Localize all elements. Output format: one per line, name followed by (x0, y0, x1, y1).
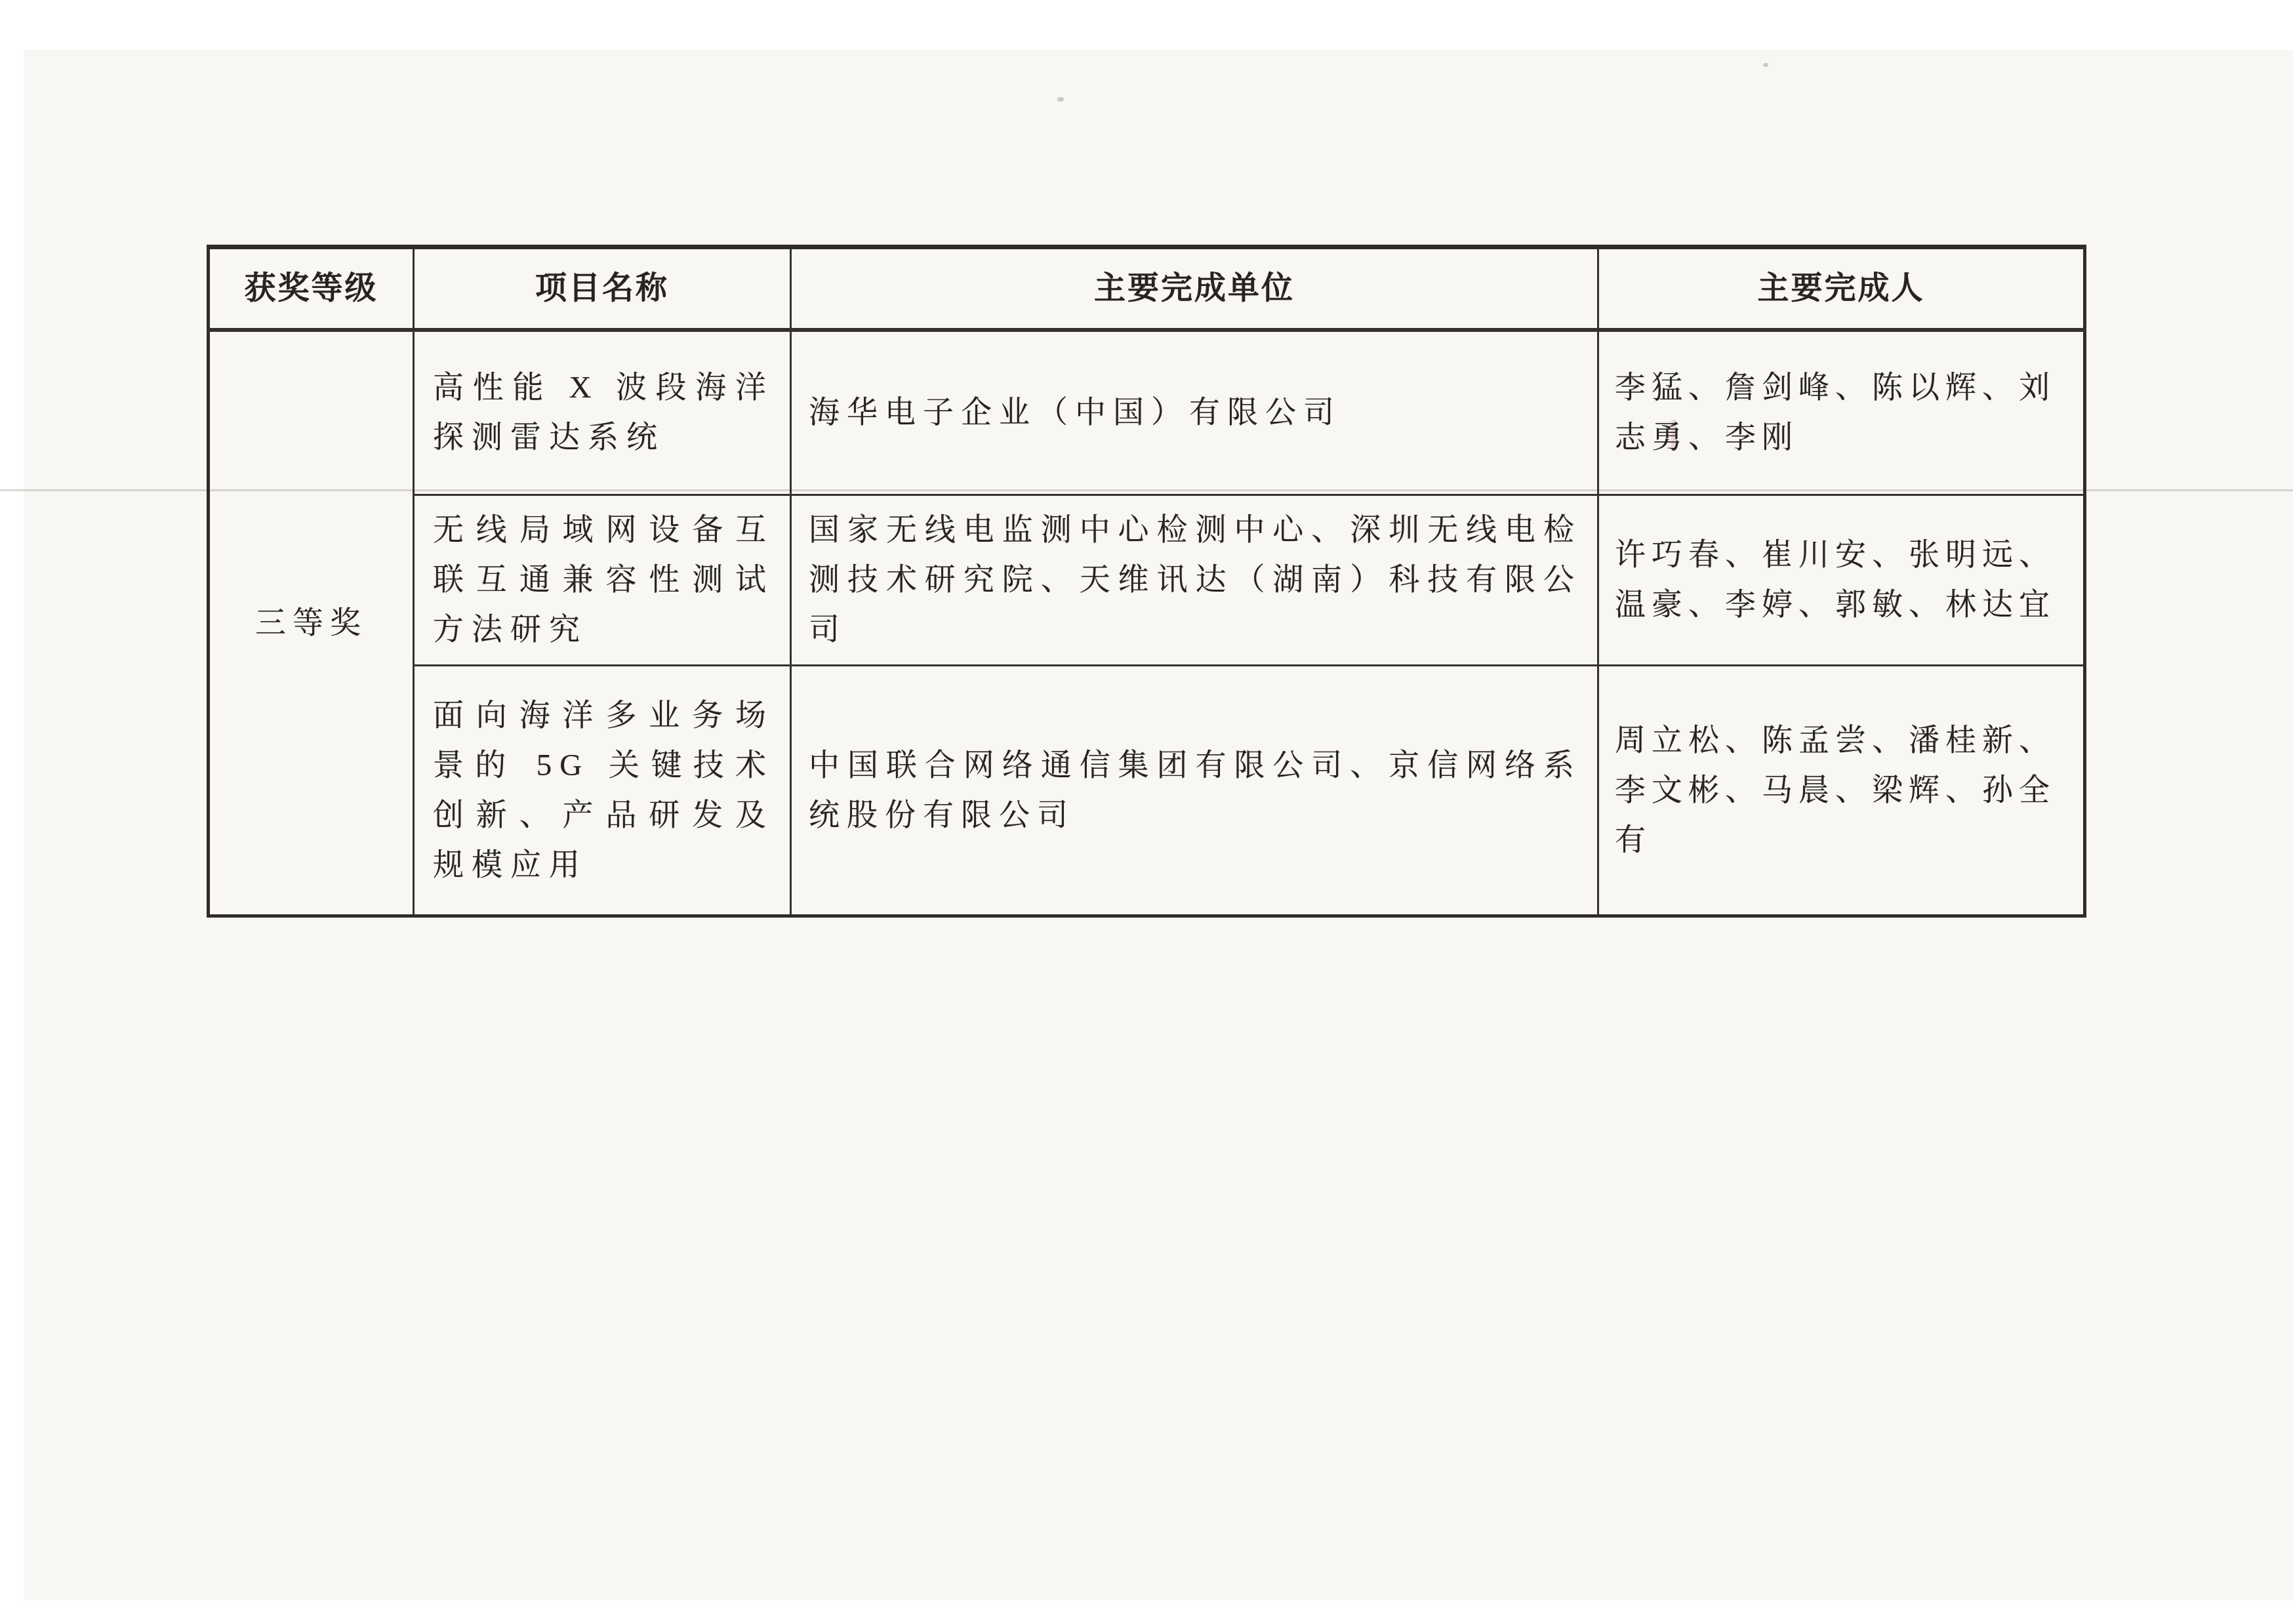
header-project-name: 项目名称 (414, 247, 791, 331)
project-name-cell: 无线局域网设备互联互通兼容性测试方法研究 (414, 495, 791, 665)
scan-speck (1763, 63, 1768, 67)
contributors-cell: 许巧春、崔川安、张明远、温豪、李婷、郭敏、林达宜 (1598, 495, 2085, 665)
header-award-level: 获奖等级 (209, 247, 414, 331)
scan-margin-bottom (0, 1600, 2293, 1624)
award-level-cell: 三等奖 (209, 330, 414, 916)
table-row: 面向海洋多业务场景的 5G 关键技术创新、产品研发及规模应用 中国联合网络通信集… (209, 665, 2085, 916)
table-row: 无线局域网设备互联互通兼容性测试方法研究 国家无线电监测中心检测中心、深圳无线电… (209, 495, 2085, 665)
project-name-cell: 面向海洋多业务场景的 5G 关键技术创新、产品研发及规模应用 (414, 665, 791, 916)
contributors-cell: 周立松、陈孟尝、潘桂新、李文彬、马晨、梁辉、孙全有 (1598, 665, 2085, 916)
completing-units-cell: 海华电子企业（中国）有限公司 (791, 330, 1598, 495)
header-completing-units: 主要完成单位 (791, 247, 1598, 331)
table-row: 三等奖 高性能 X 波段海洋探测雷达系统 海华电子企业（中国）有限公司 李猛、詹… (209, 330, 2085, 495)
scan-margin-top (0, 0, 2293, 50)
scanned-page: 获奖等级 项目名称 主要完成单位 主要完成人 三等奖 高性能 X 波段海洋探测雷… (0, 0, 2293, 1624)
scan-speck (1057, 97, 1064, 102)
completing-units-cell: 国家无线电监测中心检测中心、深圳无线电检测技术研究院、天维讯达（湖南）科技有限公… (791, 495, 1598, 665)
completing-units-cell: 中国联合网络通信集团有限公司、京信网络系统股份有限公司 (791, 665, 1598, 916)
header-contributors: 主要完成人 (1598, 247, 2085, 331)
table-header-row: 获奖等级 项目名称 主要完成单位 主要完成人 (209, 247, 2085, 331)
scan-margin-left (0, 0, 24, 1624)
project-name-cell: 高性能 X 波段海洋探测雷达系统 (414, 330, 791, 495)
award-table: 获奖等级 项目名称 主要完成单位 主要完成人 三等奖 高性能 X 波段海洋探测雷… (207, 245, 2086, 918)
contributors-cell: 李猛、詹剑峰、陈以辉、刘志勇、李刚 (1598, 330, 2085, 495)
